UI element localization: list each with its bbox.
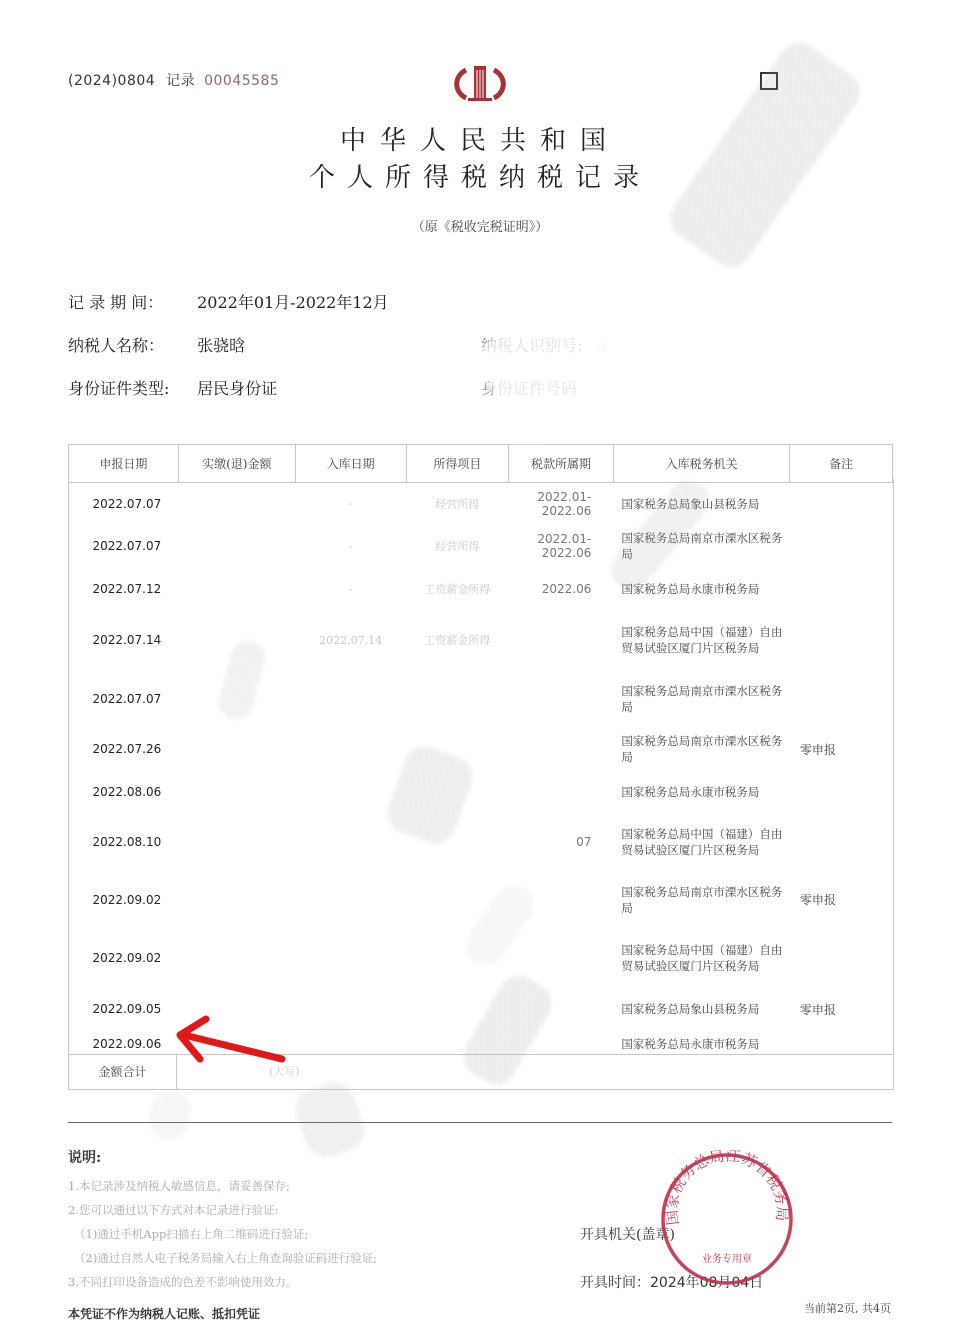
tax-period bbox=[509, 728, 614, 771]
note-line: 3.不同打印设备造成的色差不影响使用效力。 bbox=[68, 1274, 297, 1290]
report-date: 2022.07.07 bbox=[69, 670, 179, 728]
table-row: 2022.08.06国家税务总局永康市税务局 bbox=[69, 771, 893, 813]
subtitle: （原《税收完税证明》） bbox=[0, 216, 960, 235]
note-line: （1)通过手机App扫描右上角二维码进行验证; bbox=[74, 1226, 308, 1242]
tax-period: 2022.01-2022.06 bbox=[509, 525, 614, 568]
tax-period: 2022.06 bbox=[509, 568, 614, 611]
column-header: 实缴(退)金额 bbox=[178, 445, 295, 483]
remark: 零申报 bbox=[790, 728, 893, 771]
period-value: 2022年01月-2022年12月 bbox=[197, 293, 389, 312]
redaction-smudge bbox=[146, 1087, 194, 1143]
tax-bureau-emblem-icon bbox=[452, 64, 508, 104]
period-label: 记 录 期 间： bbox=[68, 290, 192, 313]
amount bbox=[178, 728, 295, 771]
table-row: 2022.07.07-经营所得2022.01-2022.06国家税务总局南京市溧… bbox=[69, 525, 893, 568]
column-header: 申报日期 bbox=[69, 445, 179, 483]
note-line: 1.本记录涉及纳税人敏感信息，请妥善保存; bbox=[68, 1178, 290, 1194]
report-date: 2022.07.07 bbox=[69, 483, 179, 525]
report-date: 2022.08.10 bbox=[69, 813, 179, 871]
income-item: 经营所得 bbox=[406, 483, 509, 525]
income-item: 工资薪金所得 bbox=[406, 568, 509, 611]
report-date: 2022.07.07 bbox=[69, 525, 179, 568]
income-item: 工资薪金所得 bbox=[406, 611, 509, 670]
note-line: （2)通过自然人电子税务局输入右上角查询验证码进行验证; bbox=[74, 1250, 377, 1266]
total-label: 金额合计 bbox=[69, 1055, 177, 1089]
record-prefix: (2024)0804 bbox=[68, 73, 155, 89]
divider bbox=[68, 1122, 892, 1123]
taxpayer-name: 纳税人名称： 张骁晗 bbox=[68, 333, 245, 356]
red-arrow-annotation-icon bbox=[172, 1015, 292, 1075]
stock-date: - bbox=[295, 483, 406, 525]
stock-date bbox=[295, 988, 406, 1031]
column-header: 入库日期 bbox=[295, 445, 406, 483]
amount bbox=[178, 568, 295, 611]
stamp-subtext: 业务专用章 bbox=[702, 1252, 752, 1265]
column-header: 所得项目 bbox=[406, 445, 509, 483]
amount bbox=[178, 813, 295, 871]
remark: 零申报 bbox=[790, 988, 893, 1031]
issue-time-label: 开具时间： bbox=[580, 1275, 650, 1291]
amount bbox=[178, 483, 295, 525]
tax-period bbox=[509, 670, 614, 728]
amount bbox=[178, 771, 295, 813]
stock-date bbox=[295, 728, 406, 771]
amount bbox=[178, 929, 295, 988]
amount bbox=[178, 525, 295, 568]
stock-date bbox=[295, 871, 406, 929]
remark bbox=[790, 929, 893, 988]
tax-office: 国家税务总局中国（福建）自由贸易试验区厦门片区税务局 bbox=[613, 611, 789, 670]
record-number: (2024)0804 记录 00045585 bbox=[68, 70, 279, 90]
disclaimer: 本凭证不作为纳税人记账、抵扣凭证 bbox=[68, 1305, 260, 1322]
redaction-whiteout bbox=[463, 264, 657, 446]
record-label: 记录 bbox=[166, 73, 195, 89]
table-row: 2022.07.07-经营所得2022.01-2022.06国家税务总局象山县税… bbox=[69, 483, 893, 525]
stock-date bbox=[295, 670, 406, 728]
report-date: 2022.07.14 bbox=[69, 611, 179, 670]
report-date: 2022.07.12 bbox=[69, 568, 179, 611]
report-date: 2022.09.02 bbox=[69, 929, 179, 988]
column-header: 备注 bbox=[790, 445, 893, 483]
remark bbox=[790, 483, 893, 525]
id-type-label: 身份证件类型: bbox=[68, 376, 192, 399]
column-header: 税款所属期 bbox=[509, 445, 614, 483]
table-header-row: 申报日期实缴(退)金额入库日期所得项目税款所属期入库税务机关备注 bbox=[69, 445, 893, 483]
tax-record-table: 申报日期实缴(退)金额入库日期所得项目税款所属期入库税务机关备注 2022.07… bbox=[68, 444, 893, 1058]
tax-office: 国家税务总局永康市税务局 bbox=[613, 771, 789, 813]
table-row: 2022.07.142022.07.14工资薪金所得国家税务总局中国（福建）自由… bbox=[69, 611, 893, 670]
remark bbox=[790, 670, 893, 728]
stock-date: - bbox=[295, 525, 406, 568]
column-header: 入库税务机关 bbox=[613, 445, 789, 483]
remark bbox=[790, 525, 893, 568]
remark bbox=[790, 771, 893, 813]
stamp-text: 国家税务总局江苏省税务局 bbox=[663, 1150, 792, 1226]
remark bbox=[790, 568, 893, 611]
svg-text:国家税务总局江苏省税务局: 国家税务总局江苏省税务局 bbox=[663, 1150, 792, 1226]
tax-office: 国家税务总局中国（福建）自由贸易试验区厦门片区税务局 bbox=[613, 929, 789, 988]
title-document: 个人所得税纳税记录 bbox=[0, 157, 960, 194]
name-value: 张骁晗 bbox=[197, 336, 245, 355]
report-date: 2022.08.06 bbox=[69, 771, 179, 813]
notes-title: 说明: bbox=[68, 1147, 101, 1167]
tax-office: 国家税务总局南京市溧水区税务局 bbox=[613, 728, 789, 771]
tax-period: 07 bbox=[509, 813, 614, 871]
tax-office: 国家税务总局中国（福建）自由贸易试验区厦门片区税务局 bbox=[613, 813, 789, 871]
id-type-value: 居民身份证 bbox=[197, 379, 277, 398]
tax-office: 国家税务总局象山县税务局 bbox=[613, 988, 789, 1031]
report-date: 2022.07.26 bbox=[69, 728, 179, 771]
id-type: 身份证件类型: 居民身份证 bbox=[68, 376, 277, 399]
name-label: 纳税人名称： bbox=[68, 333, 192, 356]
remark bbox=[790, 813, 893, 871]
record-number-value: 00045585 bbox=[204, 73, 279, 89]
amount bbox=[178, 871, 295, 929]
report-date: 2022.09.02 bbox=[69, 871, 179, 929]
tax-office: 国家税务总局南京市溧水区税务局 bbox=[613, 670, 789, 728]
note-line: 2.您可以通过以下方式对本记录进行验证: bbox=[68, 1202, 278, 1218]
remark bbox=[790, 611, 893, 670]
tax-office: 国家税务总局南京市溧水区税务局 bbox=[613, 871, 789, 929]
official-stamp-icon: 国家税务总局江苏省税务局 业务专用章 bbox=[658, 1150, 796, 1288]
income-item: 经营所得 bbox=[406, 525, 509, 568]
stock-date: - bbox=[295, 568, 406, 611]
table-row: 2022.07.12-工资薪金所得2022.06国家税务总局永康市税务局 bbox=[69, 568, 893, 611]
table-row: 2022.07.26国家税务总局南京市溧水区税务局零申报 bbox=[69, 728, 893, 771]
page-info: 当前第2页, 共4页 bbox=[804, 1300, 891, 1316]
income-item bbox=[406, 670, 509, 728]
stock-date: 2022.07.14 bbox=[295, 611, 406, 670]
tax-period bbox=[509, 771, 614, 813]
table-row: 2022.07.07国家税务总局南京市溧水区税务局 bbox=[69, 670, 893, 728]
remark: 零申报 bbox=[790, 871, 893, 929]
record-period: 记 录 期 间： 2022年01月-2022年12月 bbox=[68, 290, 389, 313]
report-date: 2022.09.05 bbox=[69, 988, 179, 1031]
stock-date bbox=[295, 929, 406, 988]
tax-period: 2022.01-2022.06 bbox=[509, 483, 614, 525]
table-row: 2022.08.1007国家税务总局中国（福建）自由贸易试验区厦门片区税务局 bbox=[69, 813, 893, 871]
tax-period bbox=[509, 611, 614, 670]
